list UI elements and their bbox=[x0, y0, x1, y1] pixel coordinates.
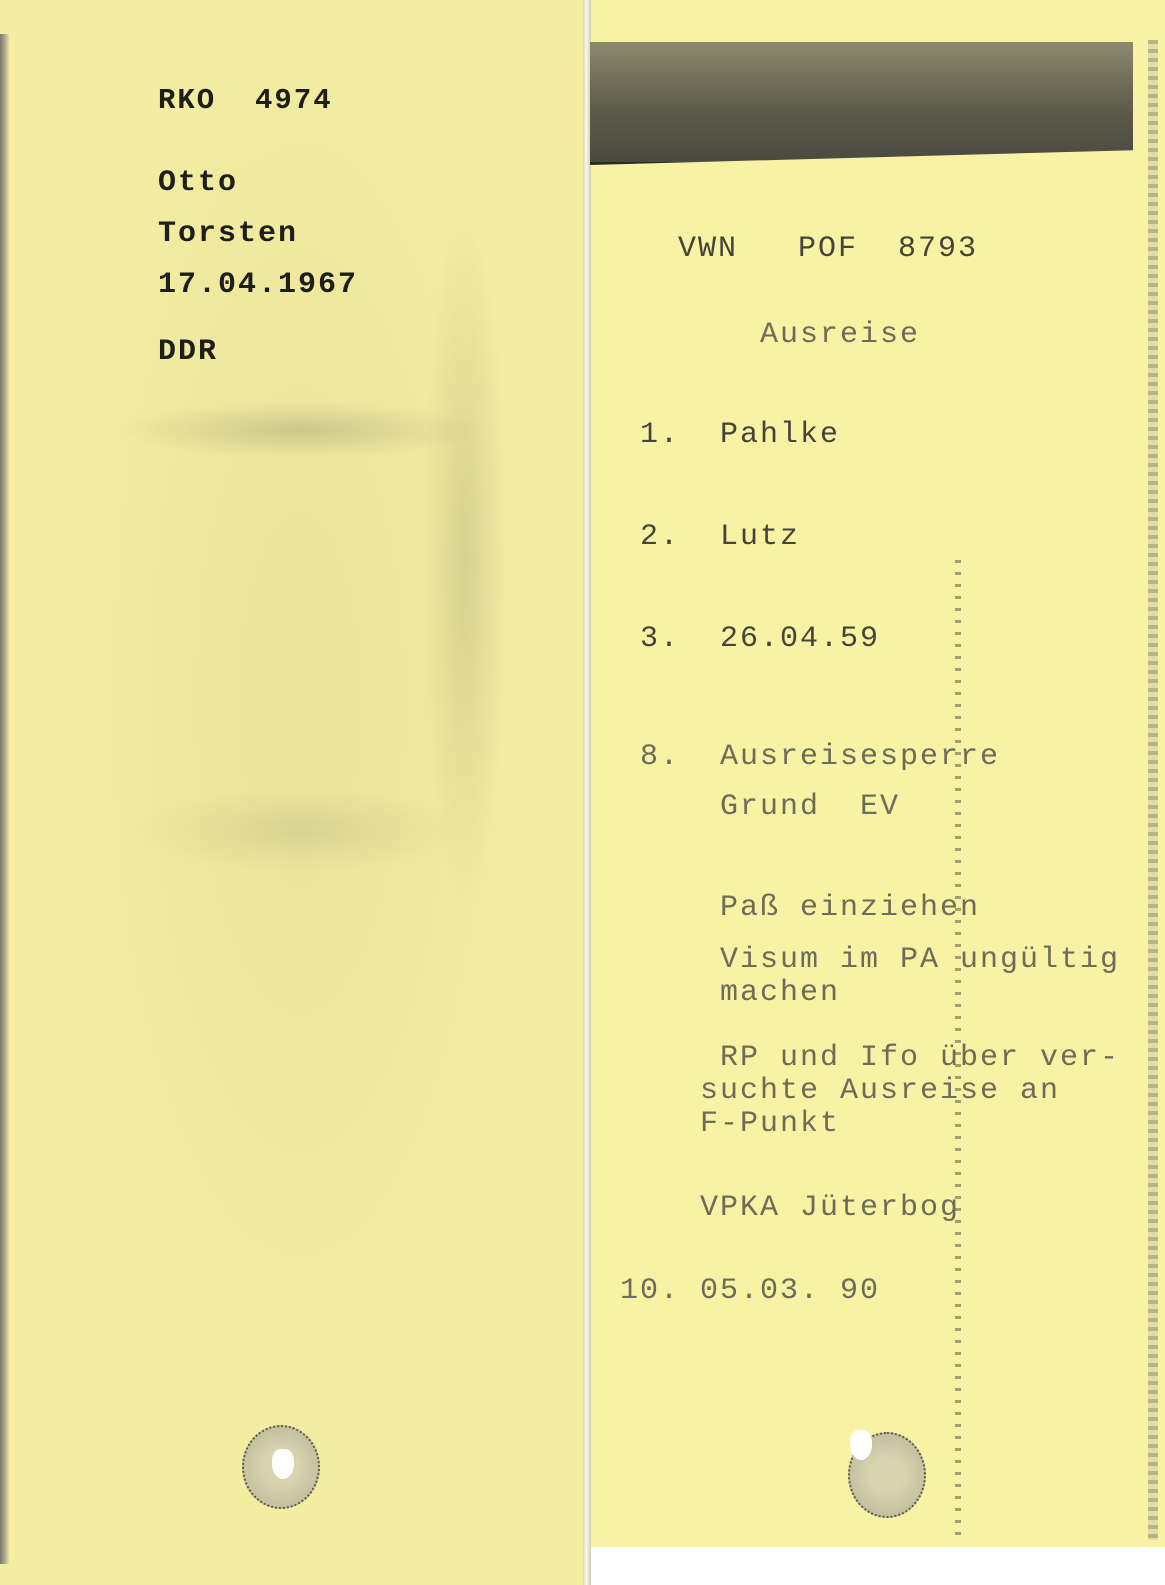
card-edge-shadow bbox=[0, 34, 9, 1564]
left-card-given-name: Torsten bbox=[158, 219, 298, 249]
scan-margin bbox=[591, 1547, 1165, 1585]
card-gap bbox=[583, 0, 591, 1585]
punch-hole-opening bbox=[850, 1430, 872, 1460]
field-reason: Grund EV bbox=[720, 792, 900, 822]
field-value-measure: Ausreisesperre bbox=[720, 742, 1000, 772]
punch-hole-icon bbox=[848, 1432, 926, 1518]
instruction-line: suchte Ausreise an bbox=[700, 1076, 1060, 1106]
issuing-authority: VPKA Jüterbog bbox=[700, 1193, 960, 1223]
left-card-reference: RKO 4974 bbox=[158, 86, 333, 115]
field-number: 8. bbox=[640, 742, 680, 772]
instruction-line: Paß einziehen bbox=[720, 893, 980, 923]
punch-hole-opening bbox=[272, 1449, 294, 1479]
card-edge-perforation bbox=[1148, 40, 1158, 1540]
scanned-document: RKO 4974 Otto Torsten 17.04.1967 DDR VWN… bbox=[0, 0, 1165, 1585]
redaction-bar bbox=[590, 42, 1133, 165]
right-card-reference: VWN POF 8793 bbox=[678, 234, 978, 264]
field-number: 10. bbox=[620, 1276, 680, 1306]
punch-hole-icon bbox=[242, 1425, 320, 1509]
field-value-birth-date: 26.04.59 bbox=[720, 624, 880, 654]
field-number: 2. bbox=[640, 522, 680, 552]
left-card-surname: Otto bbox=[158, 168, 238, 198]
instruction-line: Visum im PA ungültig bbox=[720, 945, 1120, 975]
field-number: 1. bbox=[640, 420, 680, 450]
instruction-line: RP und Ifo über ver- bbox=[720, 1043, 1120, 1073]
right-card-title: Ausreise bbox=[760, 320, 920, 350]
field-value-date: 05.03. 90 bbox=[700, 1276, 880, 1306]
instruction-line: F-Punkt bbox=[700, 1109, 840, 1139]
field-value-surname: Pahlke bbox=[720, 420, 840, 450]
left-card-birth-date: 17.04.1967 bbox=[158, 270, 358, 300]
instruction-line: machen bbox=[720, 978, 840, 1008]
field-number: 3. bbox=[640, 624, 680, 654]
field-value-given-name: Lutz bbox=[720, 522, 800, 552]
left-card-country: DDR bbox=[158, 337, 218, 367]
